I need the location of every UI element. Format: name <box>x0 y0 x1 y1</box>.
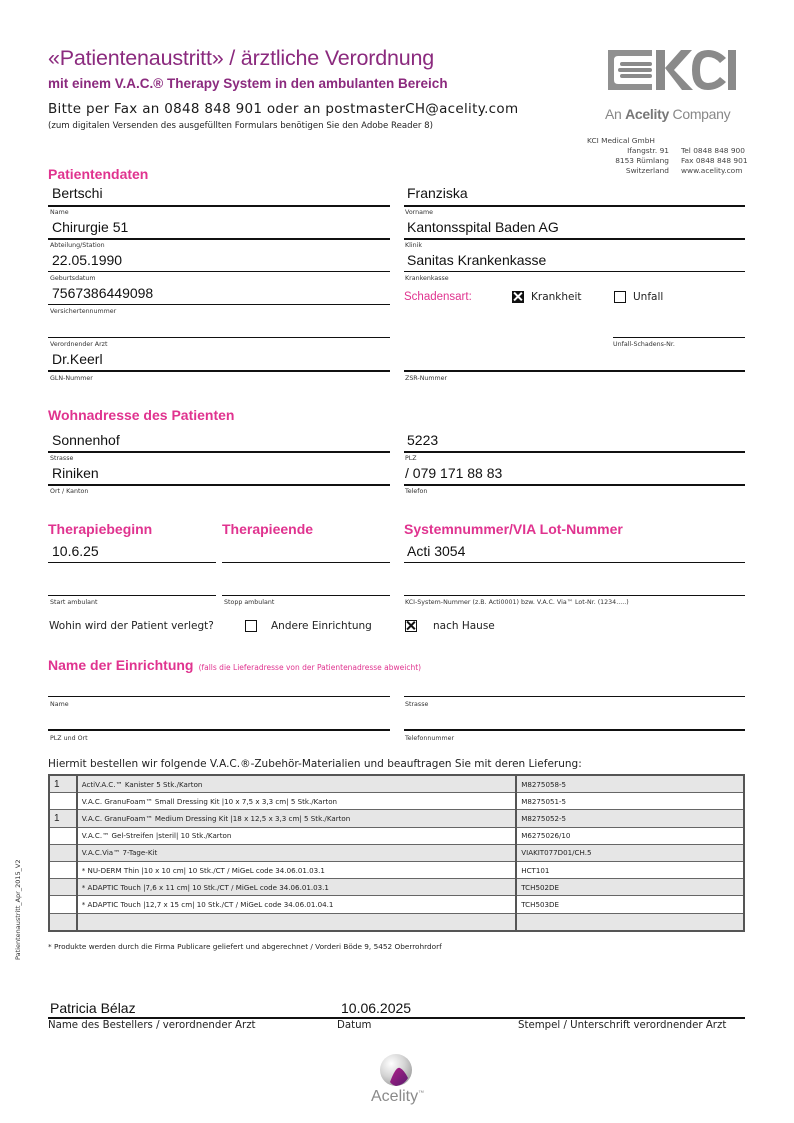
transfer-question: Wohin wird der Patient verlegt? <box>49 620 214 632</box>
order-row: V.A.C. GranuFoam™ Small Dressing Kit |10… <box>49 793 744 810</box>
versichertennummer-label: Versichertennummer <box>50 308 116 315</box>
versichertennummer-underline <box>48 304 390 305</box>
company-fax: Fax 0848 848 901 <box>681 156 748 166</box>
unfall-label: Unfall <box>633 291 663 303</box>
facility-plz-underline[interactable] <box>48 729 390 731</box>
order-qty-cell[interactable] <box>49 793 77 810</box>
gln-label: GLN-Nummer <box>50 375 93 382</box>
order-row: 1ActiV.A.C.™ Kanister 5 Stk./KartonM8275… <box>49 775 744 793</box>
system-number-hint: KCI-System-Nummer (z.B. Acti0001) bzw. V… <box>405 599 629 606</box>
geburtsdatum-label: Geburtsdatum <box>50 275 96 282</box>
abteilung-label: Abteilung/Station <box>50 242 105 249</box>
kci-tagline: An Acelity Company <box>605 106 730 122</box>
tagline-prefix: An <box>605 106 625 122</box>
order-description-cell: * NU-DERM Thin |10 x 10 cm| 10 Stk./CT /… <box>77 861 517 878</box>
form-title: «Patientenaustritt» / ärztliche Verordnu… <box>48 46 434 71</box>
company-tel: Tel 0848 848 900 <box>681 146 745 156</box>
company-name: KCI Medical GmbH <box>587 136 655 146</box>
order-description-cell: V.A.C. GranuFoam™ Small Dressing Kit |10… <box>77 793 517 810</box>
section-home-address: Wohnadresse des Patienten <box>48 407 234 423</box>
order-code-cell <box>516 913 744 931</box>
order-code-cell: M8275058-5 <box>516 775 744 793</box>
facility-telefon-underline[interactable] <box>404 729 745 731</box>
facility-plz-label: PLZ und Ort <box>50 735 88 742</box>
order-footnote: * Produkte werden durch die Firma Public… <box>48 942 442 951</box>
facility-name-label: Name <box>50 701 69 708</box>
zsr-underline[interactable] <box>404 370 745 372</box>
klinik-field[interactable]: Kantonsspital Baden AG <box>407 219 559 235</box>
fax-instructions: Bitte per Fax an 0848 848 901 oder an po… <box>48 101 518 117</box>
klinik-underline <box>404 238 745 240</box>
facility-telefon-label: Telefonnummer <box>405 735 454 742</box>
telefon-underline <box>404 484 745 486</box>
order-description-cell: * ADAPTIC Touch |7,6 x 11 cm| 10 Stk./CT… <box>77 879 517 896</box>
start-ambulant-underline[interactable] <box>48 595 216 596</box>
company-web: www.acelity.com <box>681 166 742 176</box>
vorname-underline <box>404 205 745 207</box>
kci-logo <box>606 46 738 94</box>
name-underline <box>48 205 390 207</box>
checkbox-unfall[interactable] <box>614 291 626 303</box>
acelity-logo-icon <box>378 1052 414 1088</box>
therapy-begin-underline <box>48 562 216 563</box>
geburtsdatum-field[interactable]: 22.05.1990 <box>52 252 122 268</box>
order-code-cell: VIAKIT077D01/CH.5 <box>516 844 744 861</box>
order-description-cell: V.A.C.Via™ 7-Tage-Kit <box>77 844 517 861</box>
strasse-underline <box>48 451 390 453</box>
zsr-label: ZSR-Nummer <box>405 375 447 382</box>
name-label: Name <box>50 209 69 216</box>
klinik-label: Klinik <box>405 242 422 249</box>
checkbox-andere-einrichtung[interactable] <box>245 620 257 632</box>
order-row: 1V.A.C. GranuFoam™ Medium Dressing Kit |… <box>49 810 744 827</box>
acelity-brand: Acelity™ <box>371 1088 424 1106</box>
order-description-cell: V.A.C. GranuFoam™ Medium Dressing Kit |1… <box>77 810 517 827</box>
krankenkasse-label: Krankenkasse <box>405 275 449 282</box>
orderer-name-label: Name des Bestellers / verordnender Arzt <box>48 1020 256 1031</box>
order-qty-cell[interactable] <box>49 861 77 878</box>
checkbox-nach-hause[interactable] <box>405 620 417 632</box>
order-qty-cell[interactable]: 1 <box>49 775 77 793</box>
date-field[interactable]: 10.06.2025 <box>341 1000 411 1016</box>
form-version-code: Patientenaustritt_Apr_2015_V2 <box>14 860 22 960</box>
krankheit-label: Krankheit <box>531 291 582 303</box>
section-therapy-end: Therapieende <box>222 521 313 537</box>
order-row: V.A.C.™ Gel-Streifen |steril| 10 Stk./Ka… <box>49 827 744 844</box>
andere-einrichtung-label: Andere Einrichtung <box>271 620 372 632</box>
unfall-nr-underline[interactable] <box>613 337 745 338</box>
order-row: * ADAPTIC Touch |7,6 x 11 cm| 10 Stk./CT… <box>49 879 744 896</box>
order-row: * NU-DERM Thin |10 x 10 cm| 10 Stk./CT /… <box>49 861 744 878</box>
facility-title: Name der Einrichtung <box>48 657 193 673</box>
trademark-symbol: ™ <box>418 1091 424 1097</box>
order-code-cell: TCH502DE <box>516 879 744 896</box>
order-row: * ADAPTIC Touch |12,7 x 15 cm| 10 Stk./C… <box>49 896 744 913</box>
therapy-end-underline[interactable] <box>222 562 390 563</box>
order-description-cell: V.A.C.™ Gel-Streifen |steril| 10 Stk./Ka… <box>77 827 517 844</box>
vorname-field[interactable]: Franziska <box>407 185 468 201</box>
order-description-cell <box>77 913 517 931</box>
ort-field[interactable]: Riniken <box>52 465 99 481</box>
krankenkasse-underline <box>404 271 745 272</box>
section-patient-data: Patientendaten <box>48 166 148 182</box>
ort-label: Ort / Kanton <box>50 488 88 495</box>
kci-logo-icon <box>606 46 738 94</box>
system-number-underline <box>404 562 745 563</box>
acelity-wordmark: Acelity <box>371 1088 418 1105</box>
unfall-nr-label: Unfall-Schadens-Nr. <box>613 341 675 348</box>
vorname-label: Vorname <box>405 209 433 216</box>
order-table: 1ActiV.A.C.™ Kanister 5 Stk./KartonM8275… <box>48 774 745 932</box>
telefon-field[interactable]: / 079 171 88 83 <box>405 465 502 481</box>
order-code-cell: TCH503DE <box>516 896 744 913</box>
ort-underline <box>48 484 390 486</box>
section-facility: Name der Einrichtung (falls die Lieferad… <box>48 655 421 674</box>
abteilung-underline <box>48 238 390 240</box>
section-therapy-begin: Therapiebeginn <box>48 521 152 537</box>
order-row <box>49 913 744 931</box>
tagline-suffix: Company <box>669 106 730 122</box>
versichertennummer-field[interactable]: 7567386449098 <box>52 285 153 301</box>
stop-ambulant-underline[interactable] <box>222 595 390 596</box>
form-subtitle: mit einem V.A.C.® Therapy System in den … <box>48 76 448 91</box>
adobe-note: (zum digitalen Versenden des ausgefüllte… <box>48 121 433 131</box>
nach-hause-label: nach Hause <box>433 620 495 632</box>
krankenkasse-field[interactable]: Sanitas Krankenkasse <box>407 252 546 268</box>
tagline-brand: Acelity <box>625 106 669 122</box>
system-number-field[interactable]: Acti 3054 <box>407 543 465 559</box>
signature-underline <box>48 1017 745 1019</box>
order-code-cell: M8275052-5 <box>516 810 744 827</box>
strasse-label: Strasse <box>50 455 73 462</box>
company-country: Switzerland <box>587 166 669 176</box>
system-number-2-underline[interactable] <box>404 595 745 596</box>
order-code-cell: HCT101 <box>516 861 744 878</box>
order-qty-cell[interactable] <box>49 896 77 913</box>
order-code-cell: M8275051-5 <box>516 793 744 810</box>
checkbox-krankheit[interactable] <box>512 291 524 303</box>
order-row: V.A.C.Via™ 7-Tage-KitVIAKIT077D01/CH.5 <box>49 844 744 861</box>
facility-note: (falls die Lieferadresse von der Patient… <box>199 663 422 672</box>
geburtsdatum-underline <box>48 271 390 272</box>
company-city: 8153 Rümlang <box>587 156 669 166</box>
name-field[interactable]: Bertschi <box>52 185 103 201</box>
strasse-field[interactable]: Sonnenhof <box>52 432 120 448</box>
date-label: Datum <box>337 1020 371 1031</box>
order-qty-cell[interactable] <box>49 827 77 844</box>
order-qty-cell[interactable] <box>49 913 77 931</box>
verordnender-arzt-label: Verordnender Arzt <box>50 341 107 348</box>
gln-field[interactable]: Dr.Keerl <box>52 351 103 367</box>
start-ambulant-label: Start ambulant <box>50 599 97 606</box>
plz-field[interactable]: 5223 <box>407 432 438 448</box>
order-qty-cell[interactable] <box>49 844 77 861</box>
order-description-cell: ActiV.A.C.™ Kanister 5 Stk./Karton <box>77 775 517 793</box>
facility-strasse-underline[interactable] <box>404 696 745 697</box>
section-system-number: Systemnummer/VIA Lot-Nummer <box>404 521 623 537</box>
verordnender-arzt-underline <box>48 337 390 338</box>
gln-underline <box>48 370 390 372</box>
schadensart-label: Schadensart: <box>404 291 472 303</box>
plz-label: PLZ <box>405 455 417 462</box>
telefon-label: Telefon <box>405 488 427 495</box>
company-street: Ifangstr. 91 <box>587 146 669 156</box>
order-qty-cell[interactable] <box>49 879 77 896</box>
orderer-name-field[interactable]: Patricia Bélaz <box>50 1000 136 1016</box>
order-description-cell: * ADAPTIC Touch |12,7 x 15 cm| 10 Stk./C… <box>77 896 517 913</box>
facility-strasse-label: Strasse <box>405 701 428 708</box>
order-qty-cell[interactable]: 1 <box>49 810 77 827</box>
order-intro: Hiermit bestellen wir folgende V.A.C.®-Z… <box>48 758 582 770</box>
stop-ambulant-label: Stopp ambulant <box>224 599 274 606</box>
facility-name-underline[interactable] <box>48 696 390 697</box>
plz-underline <box>404 451 745 453</box>
order-code-cell: M6275026/10 <box>516 827 744 844</box>
abteilung-field[interactable]: Chirurgie 51 <box>52 219 128 235</box>
stamp-label: Stempel / Unterschrift verordnender Arzt <box>518 1020 726 1031</box>
therapy-begin-field[interactable]: 10.6.25 <box>52 543 99 559</box>
